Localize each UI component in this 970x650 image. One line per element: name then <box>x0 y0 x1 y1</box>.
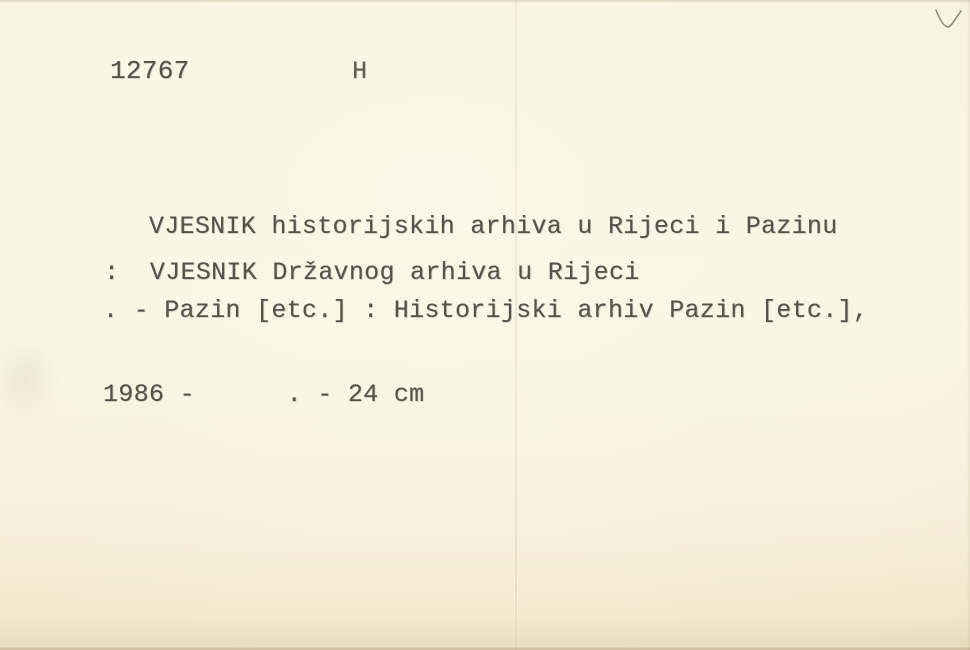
main-entry: VJESNIK historijskih arhiva u Rijeci i P… <box>103 157 868 465</box>
card-top-edge <box>0 0 970 3</box>
entry-title-line: VJESNIK historijskih arhiva u Rijeci i P… <box>103 213 868 241</box>
entry-date-extent-line: 1986 - . - 24 cm <box>103 381 868 409</box>
catalog-card: 12767 H VJESNIK historijskih arhiva u Ri… <box>0 0 970 650</box>
bottom-shading <box>0 616 970 646</box>
cross-reference-line: : VJESNIK Državnog arhiva u Rijeci <box>104 259 640 287</box>
heading-letter: H <box>352 57 367 87</box>
paper-smudge <box>0 335 60 425</box>
checkmark-icon <box>933 7 965 35</box>
card-bottom-edge <box>0 646 970 650</box>
card-number: 12767 <box>110 56 190 86</box>
entry-imprint-line: . - Pazin [etc.] : Historijski arhiv Paz… <box>103 297 868 325</box>
